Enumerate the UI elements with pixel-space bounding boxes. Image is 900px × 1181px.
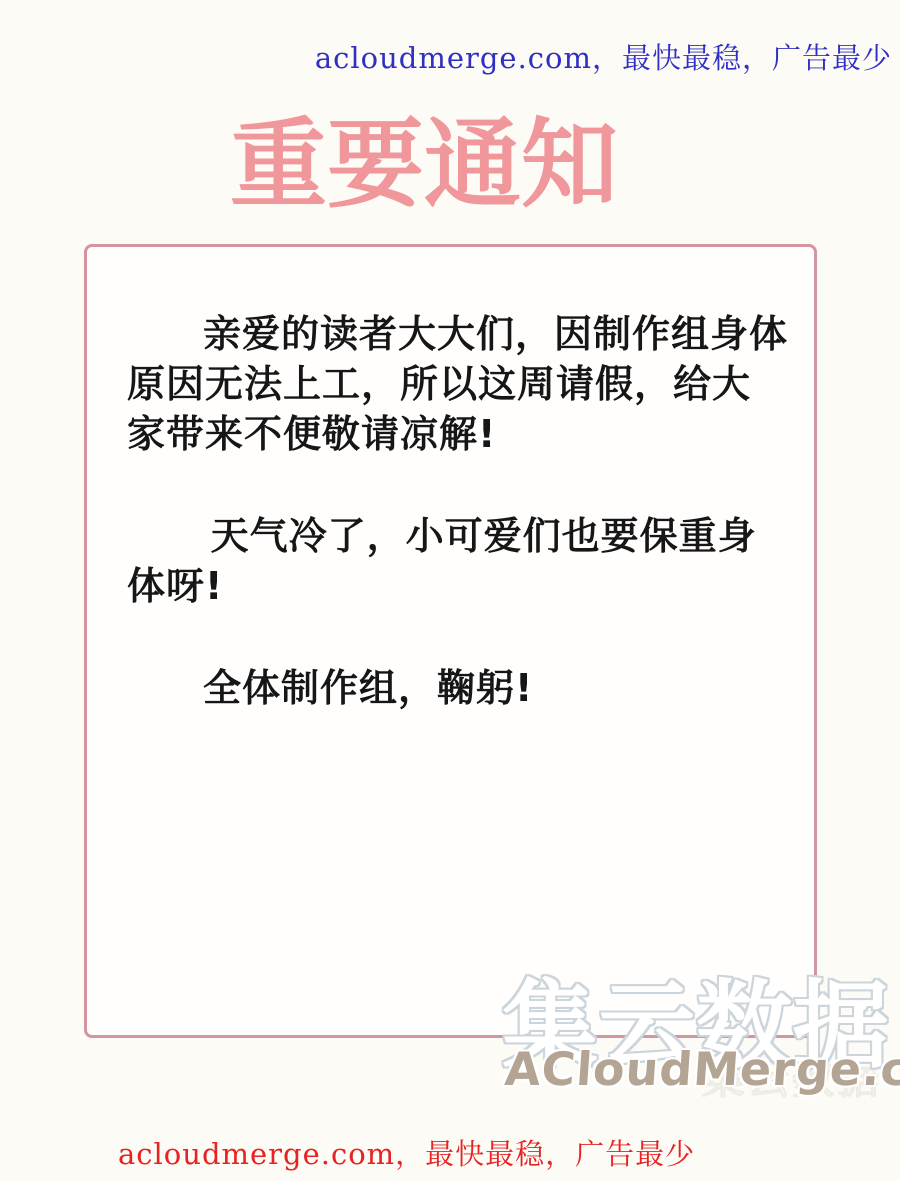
notice-paragraph-3: 全体制作组，鞠躬!	[127, 663, 789, 713]
bottom-watermark-text: acloudmerge.com，最快最稳，广告最少	[118, 1132, 695, 1173]
page-title: 重要通知	[230, 114, 618, 216]
notice-paragraph-1: 亲爱的读者大大们，因制作组身体原因无法上工，所以这周请假，给大家带来不便敬请凉解…	[127, 309, 789, 459]
notice-paragraph-2: 天气冷了，小可爱们也要保重身体呀!	[127, 511, 789, 611]
notice-page: acloudmerge.com，最快最稳，广告最少 重要通知 亲爱的读者大大们，…	[0, 0, 900, 1181]
top-watermark-text: acloudmerge.com，最快最稳，广告最少	[315, 36, 892, 77]
watermark-latin-text: ACloudMerge.com	[503, 1042, 900, 1096]
notice-box: 亲爱的读者大大们，因制作组身体原因无法上工，所以这周请假，给大家带来不便敬请凉解…	[84, 244, 817, 1038]
